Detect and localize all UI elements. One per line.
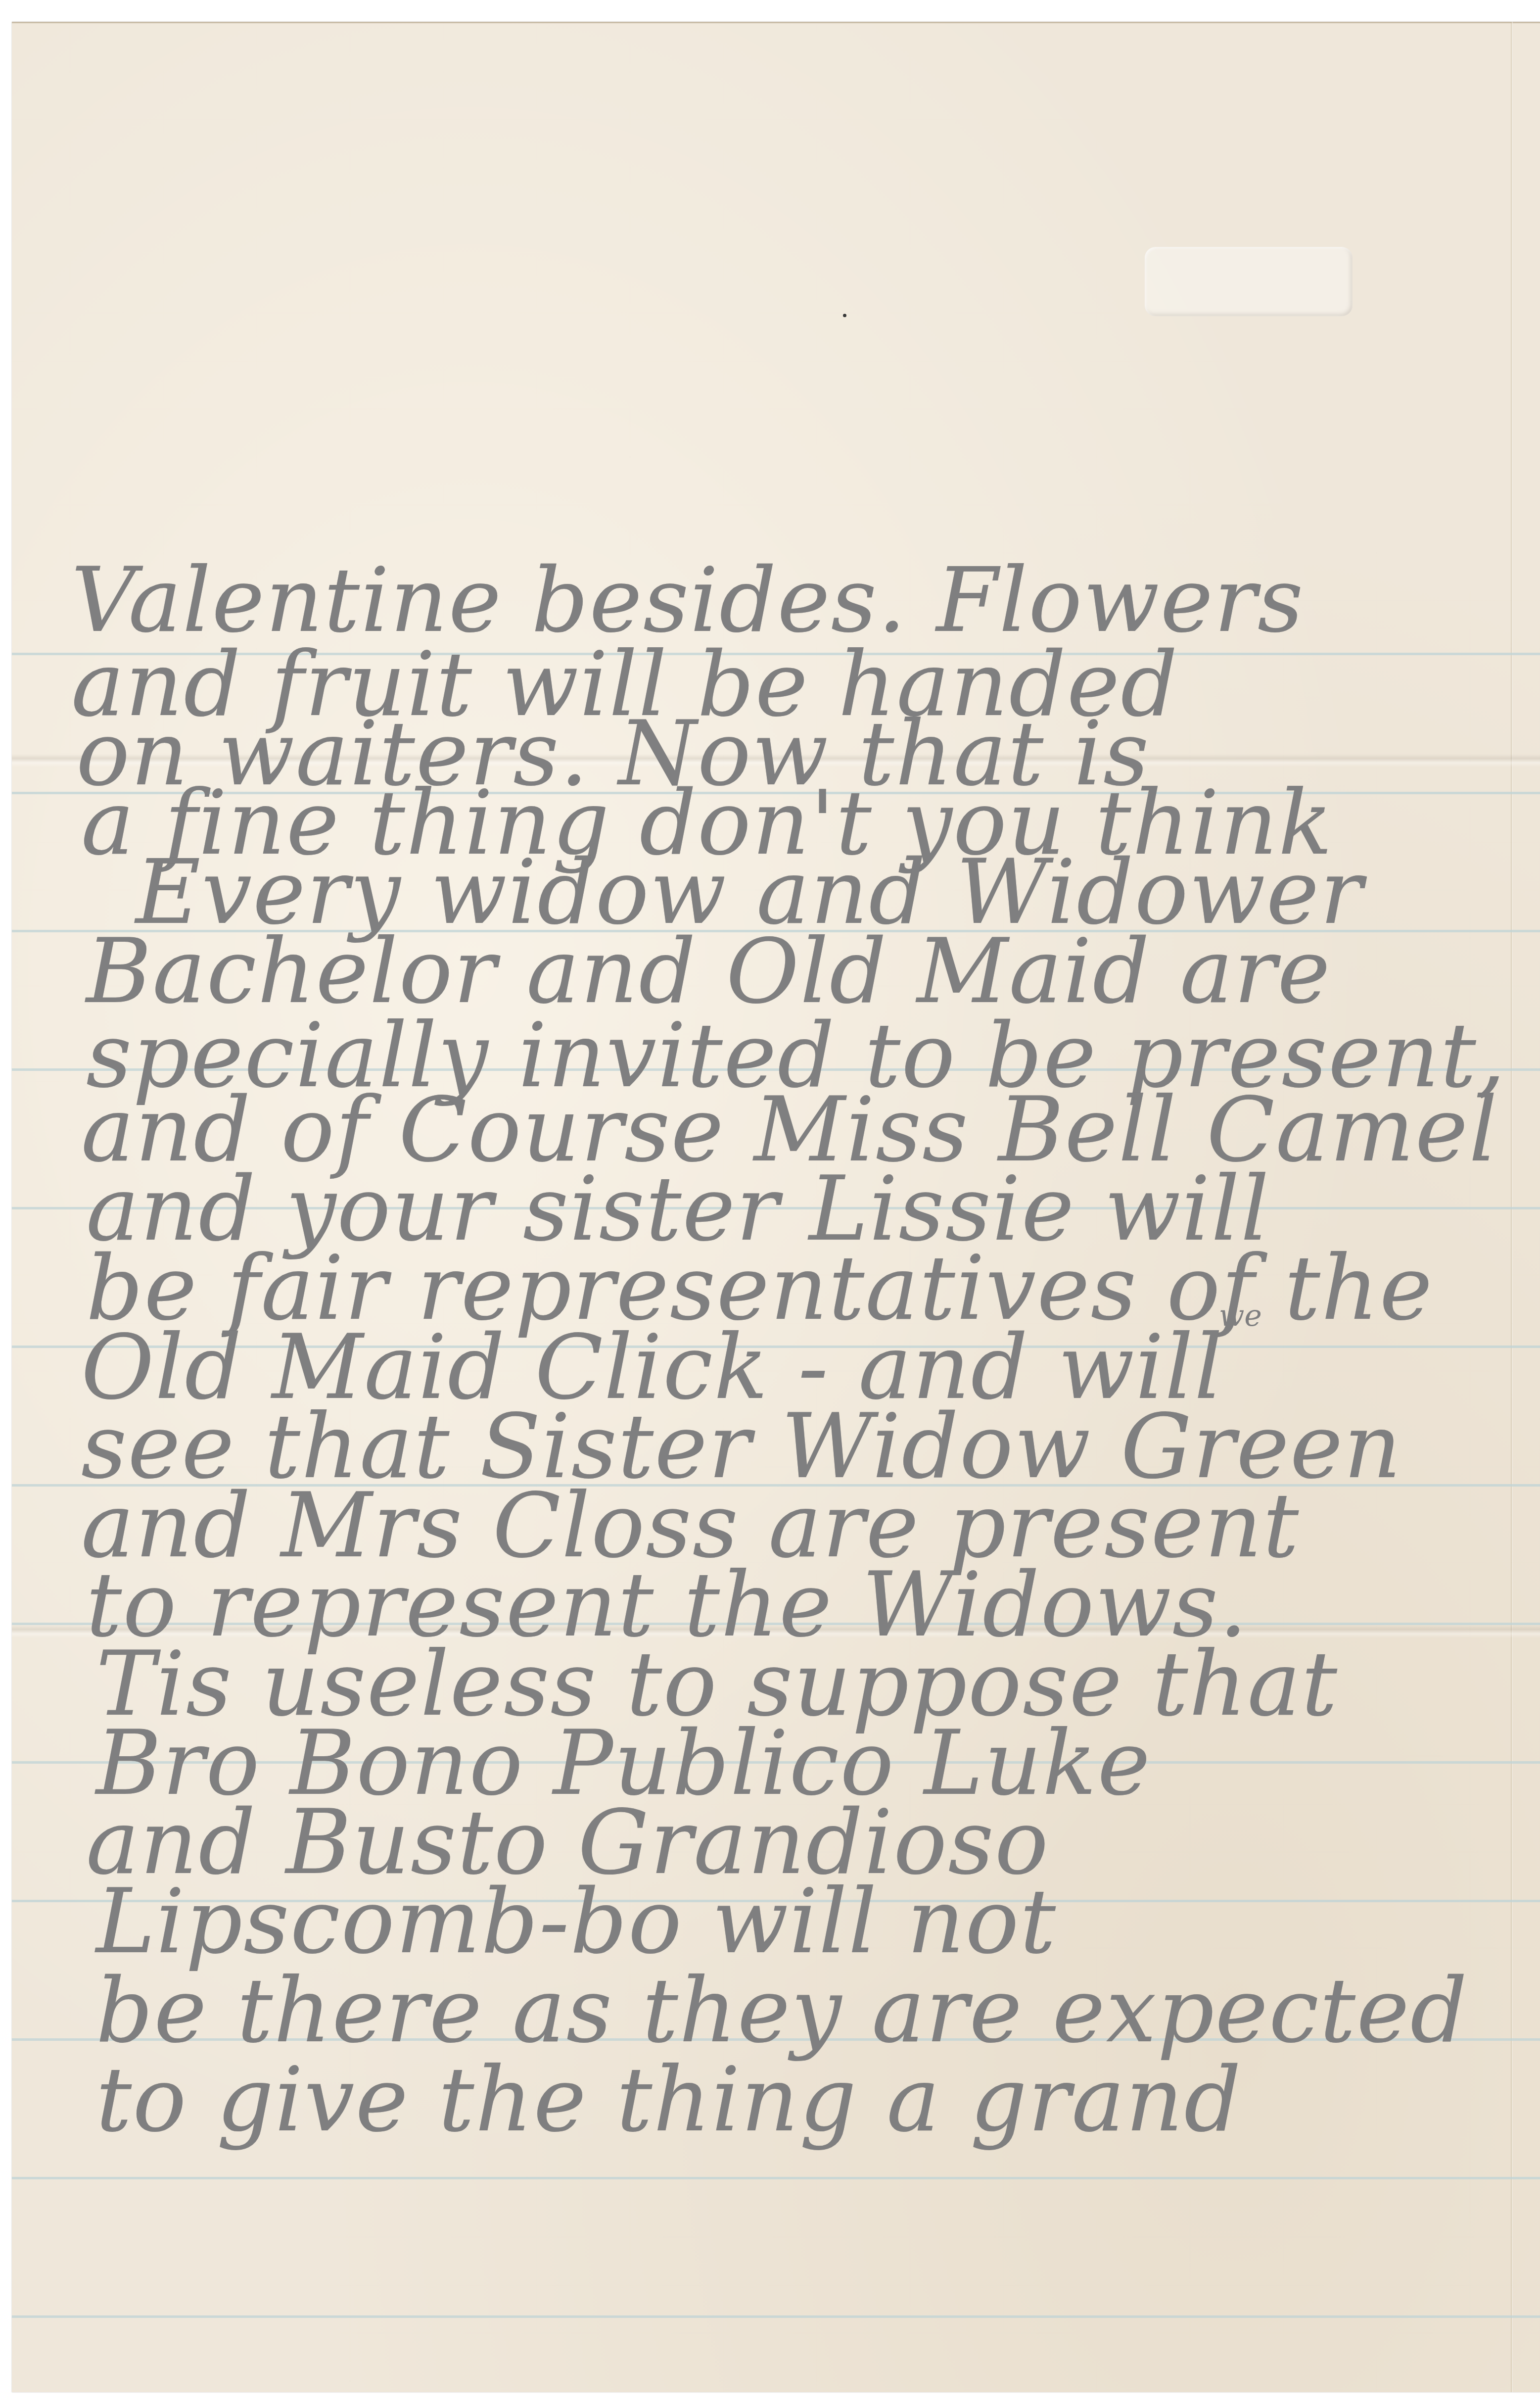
- interlinear-insertion: we: [1219, 1299, 1262, 1333]
- page-top-edge: [12, 22, 1540, 23]
- ruled-line: [12, 2177, 1540, 2179]
- pencil-dot: [843, 314, 846, 317]
- ruled-line: [12, 2315, 1540, 2318]
- handwritten-line: be there as they are expected: [96, 1962, 1540, 2061]
- handwritten-line: Lipscomb-bo will not: [96, 1873, 1540, 1972]
- embossed-stamp: [1145, 247, 1353, 316]
- letter-page: Valentine besides. Flowers and fruit wil…: [12, 22, 1540, 2392]
- handwritten-line: to give the thing a grand: [96, 2051, 1540, 2150]
